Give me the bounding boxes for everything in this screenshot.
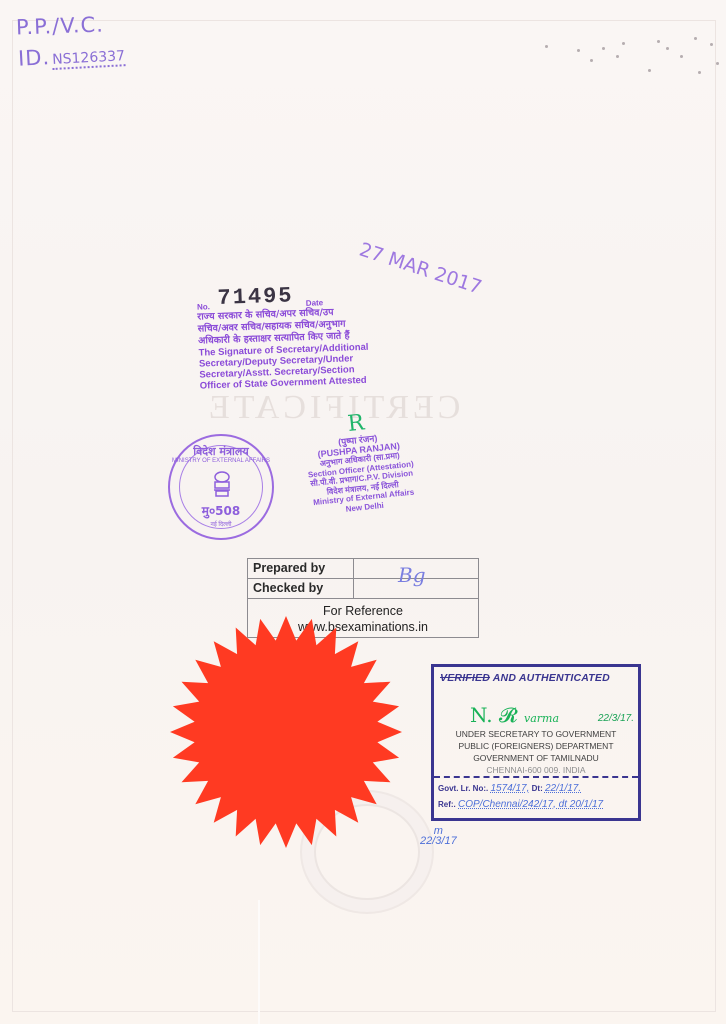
verification-line: CHENNAI-600 009. INDIA: [434, 765, 638, 775]
seal-top-text: विदेश मंत्रालय: [170, 444, 272, 459]
verification-line: GOVERNMENT OF TAMILNADU: [434, 753, 638, 763]
reference-row: Ref:. COP/Chennai/242/17, dt 20/1/17: [438, 799, 603, 810]
checked-by-row: Checked by: [248, 579, 478, 599]
id-label: ID.: [17, 45, 50, 71]
handwritten-initial-date: m 22/3/17: [420, 826, 457, 846]
verification-signature: N. 𝓡 varma: [470, 703, 559, 727]
govt-letter-date: 22/1/17.: [545, 783, 581, 794]
checked-by-label: Checked by: [253, 581, 323, 595]
id-annotation: ID.NS126337: [17, 41, 125, 71]
verification-line: PUBLIC (FOREIGNERS) DEPARTMENT: [434, 741, 638, 751]
verification-line: UNDER SECRETARY TO GOVERNMENT: [434, 729, 638, 739]
govt-letter-row: Govt. Lr. No:. 1574/17, Dt: 22/1/17.: [438, 783, 581, 794]
prepared-by-initials: Bg: [398, 563, 426, 587]
id-value: NS126337: [52, 48, 126, 70]
national-emblem-icon: [210, 470, 234, 498]
govt-letter-number: 1574/17,: [490, 783, 529, 794]
ministry-round-seal: विदेश मंत्रालय MINISTRY OF EXTERNAL AFFA…: [168, 434, 274, 540]
fold-line: [258, 900, 260, 1024]
verification-title: VERIFIED AND AUTHENTICATED: [440, 672, 610, 684]
prepared-by-label: Prepared by: [253, 561, 325, 575]
attestation-stamp: No. 71495 Date राज्य सरकार के सचिव/अपर स…: [196, 276, 410, 391]
verification-signature-date: 22/3/17.: [598, 713, 634, 724]
seal-ring-text: MINISTRY OF EXTERNAL AFFAIRS: [170, 458, 272, 464]
reference-value: COP/Chennai/242/17, dt 20/1/17: [458, 799, 603, 810]
document-page: P.P./V.C. ID.NS126337 27 MAR 2017 No. 71…: [0, 0, 726, 1024]
seal-code: मु०508: [170, 502, 272, 519]
red-starburst-seal: [168, 614, 404, 850]
paper-specks: [520, 35, 720, 85]
attestation-number: 71495: [217, 283, 294, 311]
prepared-by-row: Prepared by: [248, 559, 478, 579]
verification-stamp: VERIFIED AND AUTHENTICATED N. 𝓡 varma 22…: [431, 664, 641, 821]
seal-bottom-text: नई दिल्ली: [170, 520, 272, 528]
officer-stamp: R (पुष्पा रंजन) (PUSHPA RANJAN) अनुभाग अ…: [285, 405, 435, 519]
pp-vc-annotation: P.P./V.C.: [16, 12, 105, 39]
